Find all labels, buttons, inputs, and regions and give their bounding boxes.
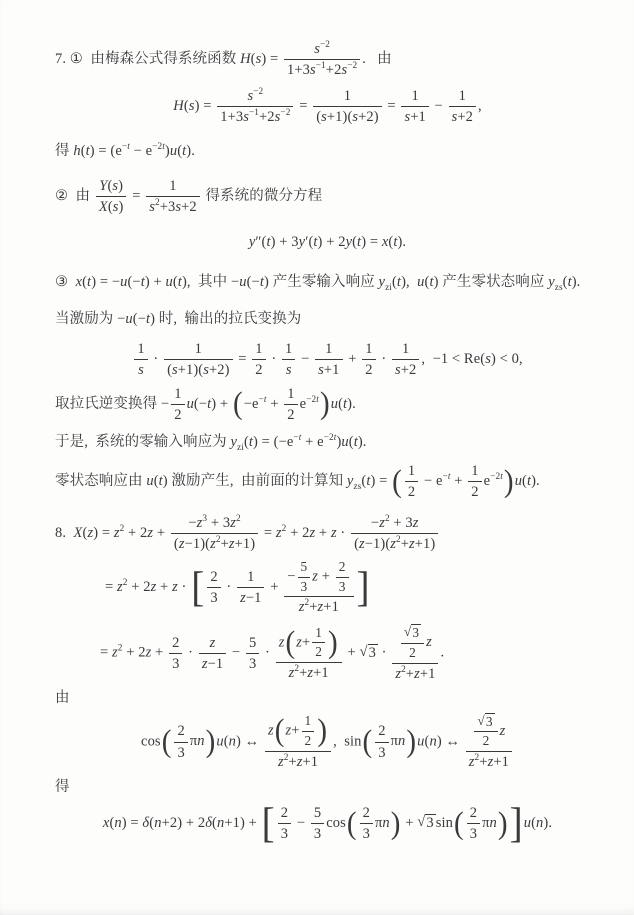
equation-line: cos(23πn)u(n) ↔ z(z+12)z2+z+1, sin(23πn)… (55, 713, 600, 771)
text-line: 得 h(t) = (e−t − e−2t)u(t). (55, 141, 600, 162)
equation-line: H(s) = s−21+3s−1+2s−2 = 1(s+1)(s+2) = 1s… (55, 87, 600, 126)
text-line: 于是, 系统的零输入响应为 yzi(t) = (−e−t + e−2t)u(t)… (55, 432, 600, 453)
equation-line: x(n) = δ(n+2) + 2δ(n+1) + [23 − 53cos(23… (55, 804, 600, 843)
document-body: 7. ① 由梅森公式得系统函数 H(s) = s−21+3s−1+2s−2. 由… (55, 40, 600, 844)
text-line: 得 (55, 777, 600, 798)
equation-line: y″(t) + 3y′(t) + 2y(t) = x(t). (55, 232, 600, 253)
text-line: 当激励为 −u(−t) 时, 输出的拉氏变换为 (55, 309, 600, 330)
text-line: 由 (55, 688, 600, 709)
text-line: = z2 + 2z + z · [23 · 1z−1 + −53z + 23z2… (105, 559, 600, 616)
text-line: 零状态响应由 u(t) 激励产生, 由前面的计算知 yzs(t) = (12 −… (55, 462, 600, 501)
text-line: 取拉氏逆变换得 −12u(−t) + (−e−t + 12e−2t)u(t). (55, 385, 600, 424)
equation-line: 1s · 1(s+1)(s+2) = 12 · 1s − 1s+1 + 12 ·… (55, 340, 600, 379)
document-page: 7. ① 由梅森公式得系统函数 H(s) = s−21+3s−1+2s−2. 由… (0, 0, 634, 915)
text-line: ③ x(t) = −u(−t) + u(t), 其中 −u(−t) 产生零输入响… (55, 272, 600, 293)
text-line: ② 由 Y(s)X(s) = 1s2+3s+2 得系统的微分方程 (55, 177, 600, 216)
text-line: 7. ① 由梅森公式得系统函数 H(s) = s−21+3s−1+2s−2. 由 (55, 40, 600, 79)
text-line: 8. X(z) = z2 + 2z + −z3 + 3z2(z−1)(z2+z+… (55, 514, 600, 553)
text-line: = z2 + 2z + 23 · zz−1 − 53 · z(z+12)z2+z… (100, 624, 600, 682)
